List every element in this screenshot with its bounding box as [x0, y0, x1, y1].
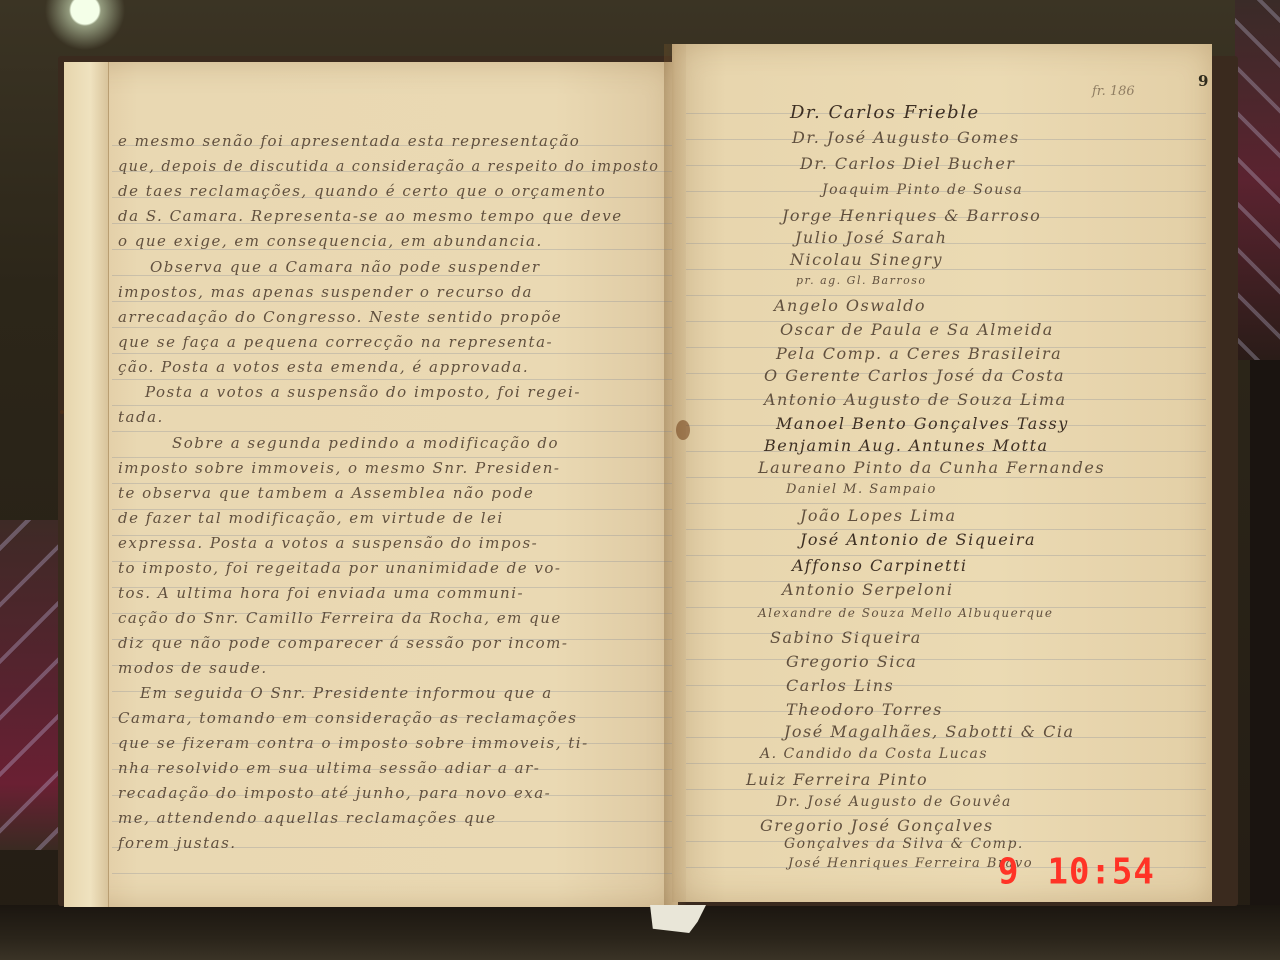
- signature: Oscar de Paula e Sa Almeida: [780, 320, 1054, 339]
- text-line: te observa que tambem a Assemblea não po…: [118, 484, 534, 502]
- signature: Daniel M. Sampaio: [786, 482, 937, 497]
- text-line: Observa que a Camara não pode suspender: [150, 258, 541, 276]
- display-case-base: [0, 905, 1280, 960]
- page-number: 9: [1198, 72, 1208, 90]
- signature: Dr. José Augusto Gomes: [792, 128, 1020, 147]
- text-line: de taes reclamações, quando é certo que …: [118, 182, 606, 200]
- text-line: Em seguida O Snr. Presidente informou qu…: [140, 684, 553, 702]
- signature: Affonso Carpinetti: [792, 556, 968, 575]
- timestamp-time: 10:54: [1047, 851, 1154, 893]
- text-line: imposto sobre immoveis, o mesmo Snr. Pre…: [118, 459, 560, 477]
- text-line: tada.: [118, 408, 164, 426]
- text-line: forem justas.: [118, 834, 237, 852]
- text-line: Sobre a segunda pedindo a modificação do: [172, 434, 559, 452]
- rug-pattern-right: [1235, 0, 1280, 360]
- text-line: to imposto, foi regeitada por unanimidad…: [118, 559, 561, 577]
- signature: Manoel Bento Gonçalves Tassy: [776, 414, 1069, 433]
- page-corner-note: fr. 186: [1092, 84, 1135, 99]
- signature: Pela Comp. a Ceres Brasileira: [776, 344, 1062, 363]
- signature: Dr. José Augusto de Gouvêa: [776, 794, 1012, 810]
- signature: Gregorio José Gonçalves: [760, 816, 994, 835]
- text-line: da S. Camara. Representa-se ao mesmo tem…: [118, 207, 623, 225]
- text-line: de fazer tal modificação, em virtude de …: [118, 509, 504, 527]
- camera-timestamp: 910:54: [998, 851, 1155, 893]
- signature: Carlos Lins: [786, 676, 894, 695]
- signature: Jorge Henriques & Barroso: [782, 206, 1041, 225]
- text-line: que se fizeram contra o imposto sobre im…: [118, 734, 589, 752]
- signature: José Magalhães, Sabotti & Cia: [784, 722, 1075, 741]
- text-line: expressa. Posta a votos a suspensão do i…: [118, 534, 538, 552]
- text-line: recadação do imposto até junho, para nov…: [118, 784, 551, 802]
- signature: Angelo Oswaldo: [774, 296, 926, 315]
- signature: A. Candido da Costa Lucas: [760, 746, 988, 762]
- text-line: que se faça a pequena correcção na repre…: [118, 333, 553, 351]
- timestamp-day: 9: [998, 851, 1019, 893]
- signature: Sabino Siqueira: [770, 628, 922, 647]
- signature: João Lopes Lima: [800, 506, 957, 525]
- text-line: me, attendendo aquellas reclamações que: [118, 809, 497, 827]
- signature: pr. ag. Gl. Barroso: [796, 274, 927, 287]
- signature: Theodoro Torres: [786, 700, 943, 719]
- text-line: que, depois de discutida a consideração …: [118, 157, 659, 175]
- text-line: modos de saude.: [118, 659, 268, 677]
- signature: José Henriques Ferreira Bravo: [788, 856, 1033, 871]
- text-line: Camara, tomando em consideração as recla…: [118, 709, 577, 727]
- signature: Alexandre de Souza Mello Albuquerque: [758, 606, 1053, 620]
- signature: Gregorio Sica: [786, 652, 917, 671]
- signature: Joaquim Pinto de Sousa: [822, 182, 1023, 198]
- text-line: tos. A ultima hora foi enviada uma commu…: [118, 584, 524, 602]
- text-line: diz que não pode comparecer á sessão por…: [118, 634, 568, 652]
- text-line: Posta a votos a suspensão do imposto, fo…: [145, 383, 581, 401]
- signature: Nicolau Sinegry: [790, 250, 943, 269]
- text-line: o que exige, em consequencia, em abundan…: [118, 232, 543, 250]
- signature: Dr. Carlos Diel Bucher: [800, 154, 1015, 173]
- signature: Dr. Carlos Frieble: [790, 102, 980, 123]
- text-line: arrecadação do Congresso. Neste sentido …: [118, 308, 562, 326]
- signature: Benjamin Aug. Antunes Motta: [764, 436, 1049, 455]
- text-line: cação do Snr. Camillo Ferreira da Rocha,…: [118, 609, 562, 627]
- signature: Antonio Augusto de Souza Lima: [764, 390, 1067, 409]
- signature: O Gerente Carlos José da Costa: [764, 366, 1065, 385]
- signature: Laureano Pinto da Cunha Fernandes: [758, 458, 1105, 477]
- rug-pattern-left: [0, 520, 62, 850]
- signature: Julio José Sarah: [795, 228, 947, 247]
- signature: José Antonio de Siqueira: [800, 530, 1036, 549]
- signature: Antonio Serpeloni: [782, 580, 954, 599]
- left-page-edge: [64, 62, 109, 907]
- text-line: impostos, mas apenas suspender o recurso…: [118, 283, 533, 301]
- text-line: e mesmo senão foi apresentada esta repre…: [118, 132, 580, 150]
- text-line: nha resolvido em sua ultima sessão adiar…: [118, 759, 540, 777]
- ink-stain: [676, 420, 690, 440]
- signature: Gonçalves da Silva & Comp.: [784, 836, 1024, 852]
- signature: Luiz Ferreira Pinto: [746, 770, 928, 789]
- page-mark: [60, 410, 64, 414]
- text-line: ção. Posta a votos esta emenda, é approv…: [118, 358, 529, 376]
